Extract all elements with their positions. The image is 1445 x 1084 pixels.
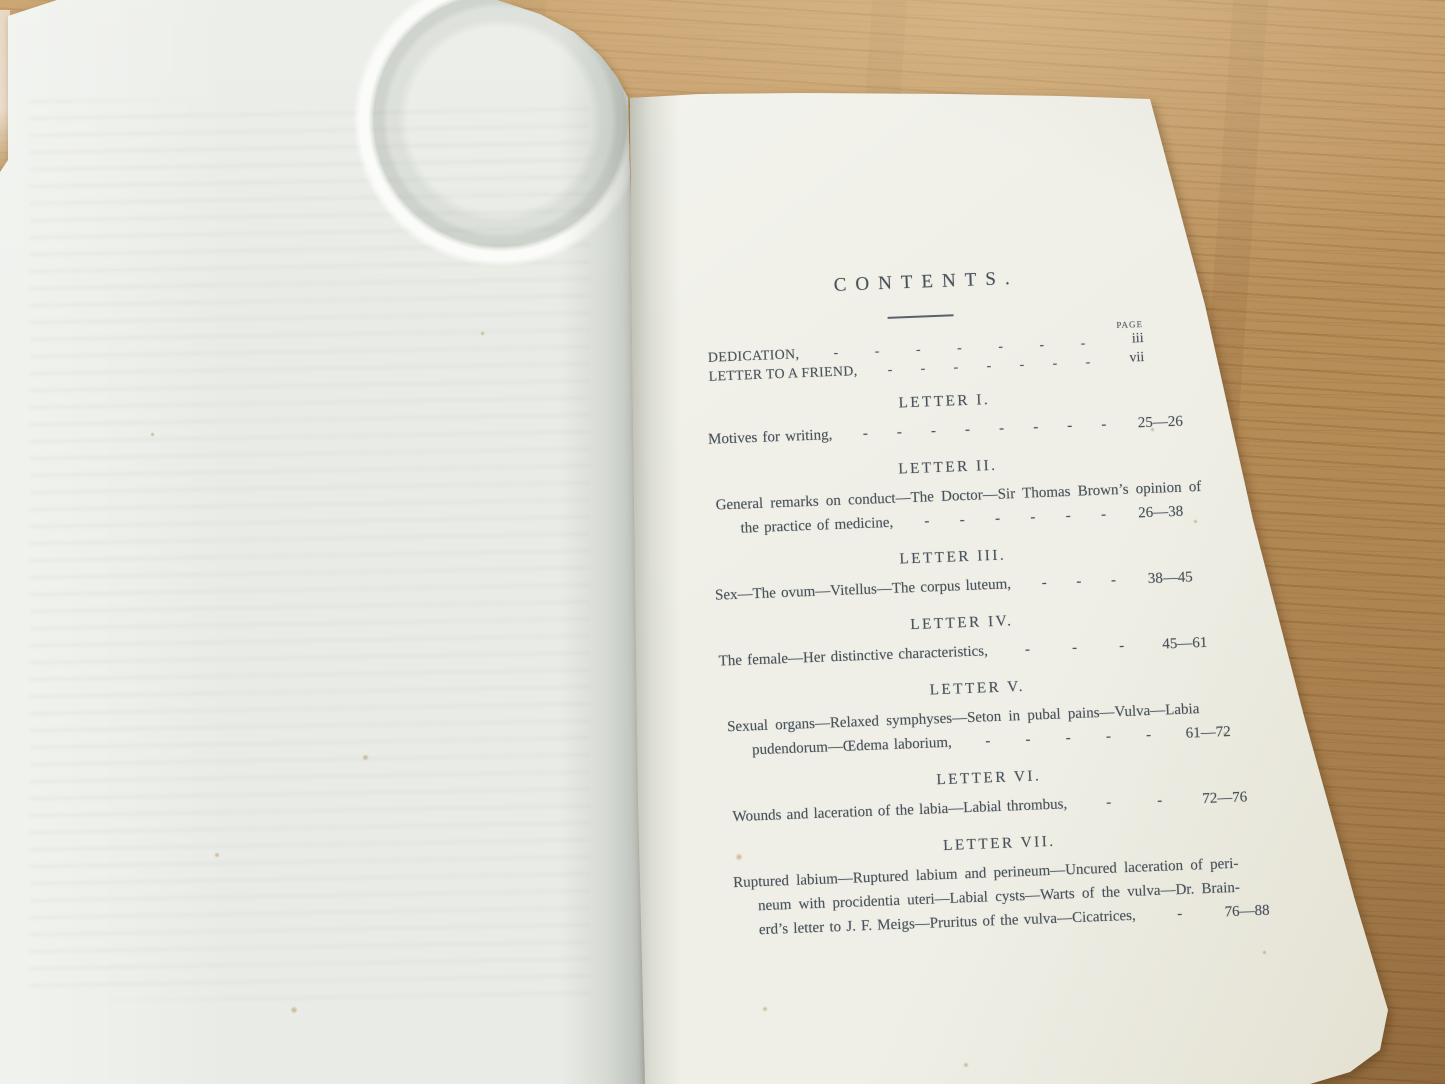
page-number: vii bbox=[1114, 349, 1145, 368]
dash: - bbox=[953, 358, 958, 376]
dash: - bbox=[957, 339, 962, 357]
dash: - bbox=[916, 341, 921, 359]
dash: - bbox=[1041, 571, 1047, 595]
page-number: 76—88 bbox=[1217, 899, 1270, 925]
dash: - bbox=[924, 509, 930, 533]
foxing-spot bbox=[963, 1062, 969, 1068]
dash: - bbox=[930, 419, 936, 443]
dash: - bbox=[965, 418, 971, 442]
page-number: 61—72 bbox=[1178, 720, 1231, 746]
toc-section: LETTER VII.Ruptured labium—Ruptured labi… bbox=[732, 825, 1270, 943]
dash: - bbox=[998, 337, 1003, 355]
page-number: 26—38 bbox=[1131, 500, 1184, 526]
right-page-shadow: CONTENTS. PAGE DEDICATION,-------iiiLETT… bbox=[0, 0, 1445, 1084]
gutter-shadow-right bbox=[628, 88, 680, 1084]
entry-text: Wounds and laceration of the labia—Labia… bbox=[732, 792, 1067, 829]
toc-section: LETTER I.Motives for writing,--------25—… bbox=[707, 384, 1184, 452]
dash: - bbox=[1065, 726, 1071, 750]
dash: - bbox=[1076, 570, 1082, 594]
page-number: 45—61 bbox=[1155, 631, 1208, 657]
page-number: iii bbox=[1113, 330, 1144, 349]
dash: - bbox=[1025, 728, 1031, 752]
entry-text: the practice of medicine, bbox=[740, 511, 894, 541]
title-rule bbox=[888, 314, 954, 319]
dash-leaders: --- bbox=[1011, 567, 1142, 596]
photo-scene: CONTENTS. PAGE DEDICATION,-------iiiLETT… bbox=[0, 0, 1445, 1084]
front-matter-block: PAGE DEDICATION,-------iiiLETTER TO A FR… bbox=[707, 319, 1145, 386]
dash: - bbox=[920, 359, 925, 377]
dash: - bbox=[1065, 504, 1071, 528]
toc-section: LETTER VI.Wounds and laceration of the l… bbox=[731, 759, 1248, 829]
dash: - bbox=[959, 508, 965, 532]
dash: - bbox=[995, 507, 1001, 531]
dash: - bbox=[1157, 789, 1163, 813]
dash: - bbox=[986, 356, 991, 374]
page-number: 25—26 bbox=[1130, 410, 1183, 436]
toc-section: LETTER IV.The female—Her distinctive cha… bbox=[717, 605, 1208, 674]
dash: - bbox=[1119, 634, 1125, 658]
dash: - bbox=[887, 360, 892, 378]
dash: - bbox=[1019, 355, 1024, 373]
dash: - bbox=[1101, 503, 1107, 527]
entry-text: Motives for writing, bbox=[708, 423, 833, 452]
dash: - bbox=[1072, 636, 1078, 660]
dash: - bbox=[999, 416, 1005, 440]
toc-section: LETTER V.Sexual organs—Relaxed symphyses… bbox=[726, 670, 1231, 763]
entry-text: The female—Her distinctive characteristi… bbox=[718, 639, 988, 673]
dash: - bbox=[1030, 505, 1036, 529]
dash: - bbox=[1052, 354, 1057, 372]
dash: - bbox=[1033, 415, 1039, 439]
dash: - bbox=[833, 344, 838, 362]
table-of-contents: CONTENTS. PAGE DEDICATION,-------iiiLETT… bbox=[700, 258, 1305, 944]
dash: - bbox=[862, 422, 868, 446]
toc-section: LETTER II.General remarks on conduct—The… bbox=[714, 450, 1183, 542]
dash: - bbox=[1039, 336, 1044, 354]
dash: - bbox=[1080, 334, 1085, 352]
dash-leaders: - bbox=[1135, 901, 1218, 928]
toc-sections: LETTER I.Motives for writing,--------25—… bbox=[705, 380, 1305, 944]
dash: - bbox=[1067, 414, 1073, 438]
contents-page: CONTENTS. PAGE DEDICATION,-------iiiLETT… bbox=[0, 0, 1445, 1084]
dash: - bbox=[985, 729, 991, 753]
page-number: 72—76 bbox=[1195, 785, 1248, 811]
dash: - bbox=[874, 342, 879, 360]
dash: - bbox=[1177, 902, 1183, 926]
page-number: 38—45 bbox=[1140, 565, 1193, 591]
dash-leaders: -- bbox=[1067, 787, 1196, 816]
dash: - bbox=[1111, 568, 1117, 592]
dash: - bbox=[1085, 353, 1090, 371]
entry-text: Sex—The ovum—Vitellus—The corpus luteum, bbox=[715, 572, 1012, 607]
dash: - bbox=[1024, 638, 1030, 662]
foxing-spot bbox=[1262, 950, 1267, 955]
dash: - bbox=[896, 420, 902, 444]
foxing-spot bbox=[762, 1006, 768, 1012]
toc-section: LETTER III.Sex—The ovum—Vitellus—The cor… bbox=[714, 539, 1194, 607]
dash-leaders: -------- bbox=[832, 412, 1131, 447]
entry-label: DEDICATION, bbox=[708, 345, 800, 366]
dash: - bbox=[1105, 725, 1111, 749]
page-title: CONTENTS. bbox=[700, 263, 1144, 302]
dash: - bbox=[1101, 413, 1107, 437]
dash: - bbox=[1146, 723, 1152, 747]
dash: - bbox=[1106, 791, 1112, 815]
dash-leaders: --- bbox=[987, 633, 1155, 663]
